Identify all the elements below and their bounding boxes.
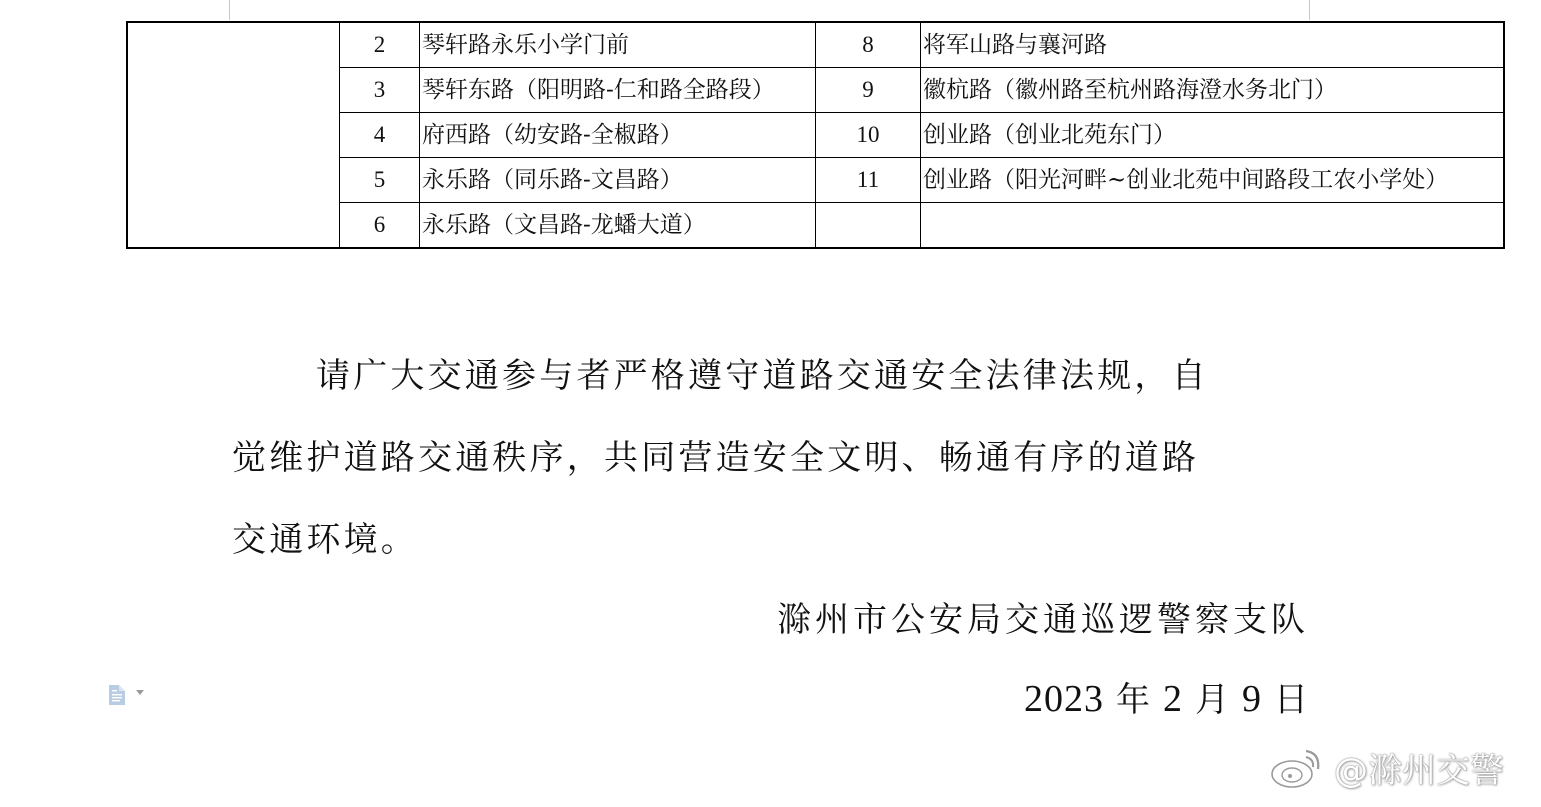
road-name-right: 创业路（阳光河畔~创业北苑中间路段工农小学处） xyxy=(921,158,1505,203)
row-number-right: 9 xyxy=(816,68,921,113)
issue-date: 2023年2月9日 xyxy=(1024,672,1309,721)
table-row: 2 琴轩路永乐小学门前 8 将军山路与襄河路 xyxy=(127,22,1504,68)
notice-paragraph-line-1: 请广大交通参与者严格遵守道路交通安全法律法规，自 xyxy=(232,348,1312,397)
date-day: 9 xyxy=(1242,678,1262,720)
road-name-right xyxy=(921,203,1505,249)
road-name-left: 永乐路（同乐路-文昌路） xyxy=(420,158,816,203)
row-number-left: 5 xyxy=(340,158,420,203)
weibo-icon xyxy=(1268,745,1328,789)
date-month-unit: 月 xyxy=(1195,680,1230,720)
document-icon[interactable] xyxy=(108,684,126,706)
row-number-right: 10 xyxy=(816,113,921,158)
date-day-unit: 日 xyxy=(1274,680,1309,720)
weibo-watermark: @滁州交警 xyxy=(1268,744,1504,790)
issuing-organization: 滁州市公安局交通巡逻警察支队 xyxy=(777,592,1309,641)
row-number-left: 3 xyxy=(340,68,420,113)
road-name-right: 将军山路与襄河路 xyxy=(921,22,1505,68)
road-name-left: 府西路（幼安路-全椒路） xyxy=(420,113,816,158)
road-name-left: 琴轩东路（阳明路-仁和路全路段） xyxy=(420,68,816,113)
row-number-left: 2 xyxy=(340,22,420,68)
row-number-right xyxy=(816,203,921,249)
row-number-right: 11 xyxy=(816,158,921,203)
road-list-table: 2 琴轩路永乐小学门前 8 将军山路与襄河路 3 琴轩东路（阳明路-仁和路全路段… xyxy=(126,21,1505,249)
notice-paragraph-line-2: 觉维护道路交通秩序，共同营造安全文明、畅通有序的道路 xyxy=(232,430,1312,479)
page-margin-guide-right xyxy=(1309,0,1310,20)
road-name-right: 徽杭路（徽州路至杭州路海澄水务北门） xyxy=(921,68,1505,113)
watermark-text: @滁州交警 xyxy=(1334,743,1504,792)
chevron-down-icon[interactable] xyxy=(136,690,144,695)
row-number-right: 8 xyxy=(816,22,921,68)
row-number-left: 6 xyxy=(340,203,420,249)
date-month: 2 xyxy=(1163,678,1183,720)
date-year-unit: 年 xyxy=(1116,680,1151,720)
road-name-left: 琴轩路永乐小学门前 xyxy=(420,22,816,68)
road-name-left: 永乐路（文昌路-龙蟠大道） xyxy=(420,203,816,249)
page-margin-guide-left xyxy=(229,0,230,20)
row-number-left: 4 xyxy=(340,113,420,158)
notice-paragraph-line-3: 交通环境。 xyxy=(232,512,1312,561)
date-year: 2023 xyxy=(1024,678,1104,720)
road-name-right: 创业路（创业北苑东门） xyxy=(921,113,1505,158)
category-cell xyxy=(127,22,340,248)
